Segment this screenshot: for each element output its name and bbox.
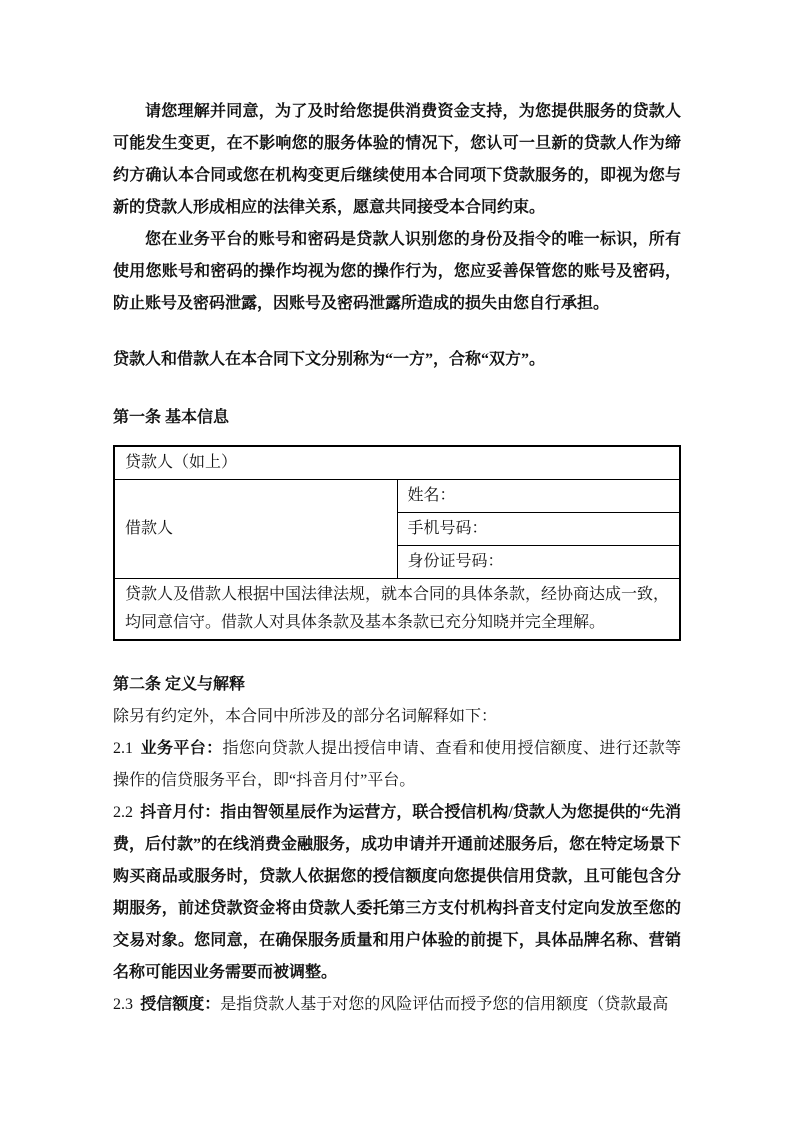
definition-term: 抖音月付：	[140, 804, 220, 821]
definition-term: 业务平台：	[140, 740, 222, 757]
agreement-note-cell: 贷款人及借款人根据中国法律法规，就本合同的具体条款，经协商达成一致，均同意信守。…	[114, 579, 680, 641]
definitions-intro: 除另有约定外，本合同中所涉及的部分名词解释如下：	[113, 701, 681, 733]
definition-text: 是指贷款人基于对您的风险评估而授予您的信用额度（贷款最高	[220, 996, 668, 1013]
contract-page: 请您理解并同意，为了及时给您提供消费资金支持，为您提供服务的贷款人可能发生变更，…	[0, 0, 793, 1122]
definition-number: 2.1	[113, 740, 133, 757]
definition-2-3: 2.3授信额度：是指贷款人基于对您的风险评估而授予您的信用额度（贷款最高	[113, 989, 681, 1021]
table-row: 借款人 姓名：	[114, 480, 680, 513]
basic-info-table: 贷款人（如上） 借款人 姓名： 手机号码： 身份证号码： 贷款人及借款人根据中国…	[113, 445, 681, 641]
definition-2-1: 2.1业务平台：指您向贷款人提出授信申请、查看和使用授信额度、进行还款等操作的信…	[113, 733, 681, 797]
definition-number: 2.3	[113, 996, 133, 1013]
paragraph-account-security: 您在业务平台的账号和密码是贷款人识别您的身份及指令的唯一标识，所有使用您账号和密…	[113, 224, 681, 320]
borrower-phone-field: 手机号码：	[397, 513, 680, 546]
section2-heading: 第二条 定义与解释	[113, 669, 681, 701]
paragraph-lender-change: 请您理解并同意，为了及时给您提供消费资金支持，为您提供服务的贷款人可能发生变更，…	[113, 96, 681, 224]
table-row: 贷款人及借款人根据中国法律法规，就本合同的具体条款，经协商达成一致，均同意信守。…	[114, 579, 680, 641]
lender-cell: 贷款人（如上）	[114, 446, 680, 480]
borrower-name-field: 姓名：	[397, 480, 680, 513]
definition-2-2: 2.2抖音月付：指由智领星辰作为运营方，联合授信机构/贷款人为您提供的“先消费，…	[113, 797, 681, 989]
borrower-id-field: 身份证号码：	[397, 546, 680, 579]
table-row: 贷款人（如上）	[114, 446, 680, 480]
paragraph-parties: 贷款人和借款人在本合同下文分别称为“一方”，合称“双方”。	[113, 344, 681, 376]
definition-number: 2.2	[113, 804, 133, 821]
section1-heading: 第一条 基本信息	[113, 402, 681, 434]
definition-term: 授信额度：	[140, 996, 220, 1013]
definition-text: 指由智领星辰作为运营方，联合授信机构/贷款人为您提供的“先消费，后付款”的在线消…	[113, 804, 681, 981]
borrower-label-cell: 借款人	[114, 480, 397, 579]
